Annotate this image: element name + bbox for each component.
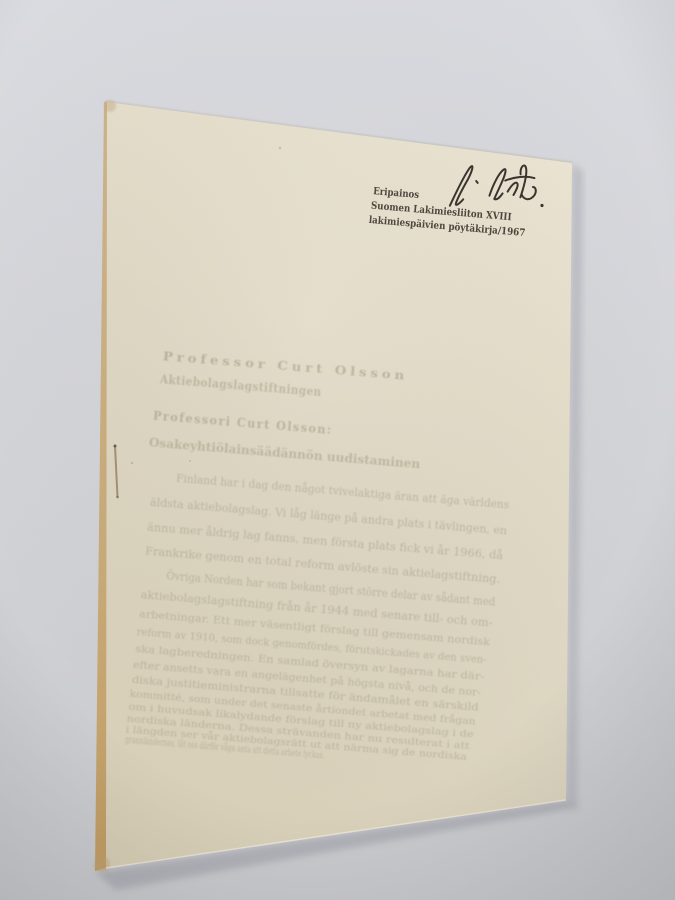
- paper-speck: [131, 462, 133, 464]
- corner-stain-top-left: [104, 100, 116, 112]
- photo-of-booklet: Professor Curt Olsson Aktiebolagslagstif…: [0, 0, 675, 900]
- signature-dot: [476, 181, 478, 183]
- paper-speck: [279, 147, 281, 149]
- corner-stain-bottom-left: [94, 856, 110, 872]
- paper-speck: [189, 460, 191, 462]
